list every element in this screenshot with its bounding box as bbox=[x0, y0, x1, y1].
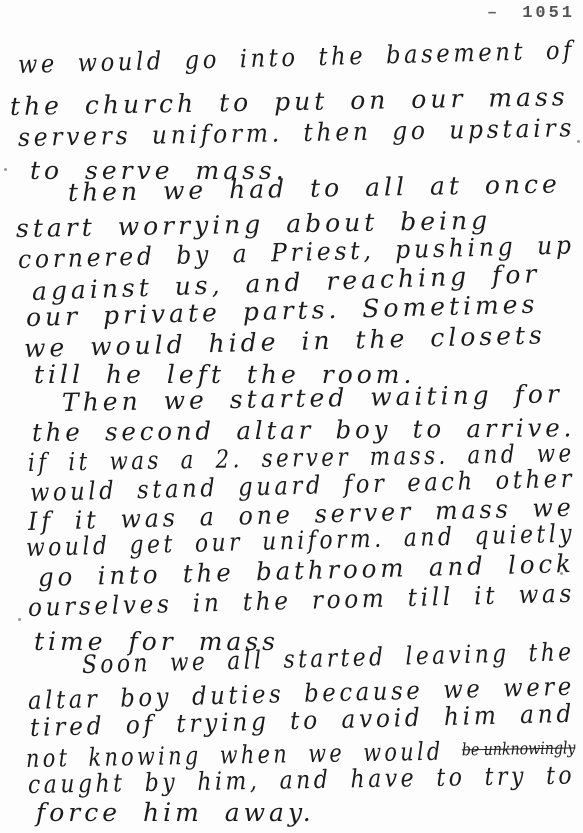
scan-speck bbox=[577, 140, 580, 143]
handwritten-line: force him away. bbox=[36, 798, 315, 827]
scan-speck bbox=[4, 168, 7, 171]
page-number-dash: – bbox=[487, 4, 500, 23]
handwritten-line: we would go into the basement of bbox=[18, 35, 576, 79]
crossed-out-insertion: be unknowingly bbox=[462, 738, 576, 760]
scan-speck bbox=[18, 618, 21, 621]
page-number-value: 1051 bbox=[522, 4, 575, 23]
scanned-handwritten-page: –1051 we would go into the basement of t… bbox=[0, 0, 583, 833]
page-number: –1051 bbox=[487, 4, 575, 23]
scan-speck bbox=[560, 572, 563, 575]
